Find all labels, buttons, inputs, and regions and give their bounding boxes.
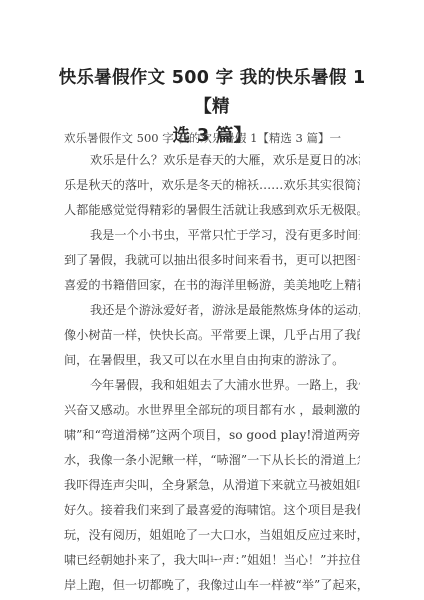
paragraph-line: 兴奋又感动。水世界里全部玩的项目都有水 ，最刺激的是“大海 <box>64 398 360 423</box>
paragraph-line: 我吓得连声尖叫，全身紧急，从滑道下来就立马被姐姐吐槽笑话了 <box>64 473 360 498</box>
document-body: 欢乐暑假作文 500 字 我的欢乐暑假 1【精选 3 篇】一 欢乐是什么？欢乐是… <box>64 128 360 598</box>
paragraph-line: 欢乐是什么？欢乐是春天的大雁，欢乐是夏日的冰淇淋，欢 <box>64 148 360 173</box>
title-line-1: 快乐暑假作文 500 字 我的快乐暑假 1【精 <box>56 64 368 122</box>
paragraph-line: 啸”和“弯道滑梯”这两个项目，so good play!滑道两旁始终在喷 <box>64 423 360 448</box>
paragraph-line: 到了暑假，我就可以抽出很多时间来看书，更可以把图书馆里自己 <box>64 248 360 273</box>
paragraph-line: 像小树苗一样，快快长高。平常要上课，几乎占用了我的大部分时 <box>64 323 360 348</box>
paragraph-line: 今年暑假，我和姐姐去了大浦水世界。一路上，我们心情既 <box>64 373 360 398</box>
paragraph-line: 我还是个游泳爱好者，游泳是最能熬炼身体的运动，能让我 <box>64 298 360 323</box>
document-page: 快乐暑假作文 500 字 我的快乐暑假 1【精 选 3 篇】 欢乐暑假作文 50… <box>0 0 424 600</box>
subtitle: 欢乐暑假作文 500 字 我的欢乐暑假 1【精选 3 篇】一 <box>64 128 360 148</box>
paragraph-line: 玩，没有阅历，姐姐呛了一大口水，当姐姐反应过来时，其次个海 <box>64 523 360 548</box>
paragraph-line: 人都能感觉觉得精彩的暑假生活就让我感到欢乐无极限。 <box>64 198 360 223</box>
paragraph-line: 水，我像一条小泥鳅一样，“哧溜”一下从长长的滑道上急速下降， <box>64 448 360 473</box>
paragraph-line: 乐是秋天的落叶，欢乐是冬天的棉袄……欢乐其实很简洁，每个 <box>64 173 360 198</box>
paragraph-line: 好久。接着我们来到了最喜爱的海啸馆。这个项目是我们第一次 <box>64 498 360 523</box>
paragraph-line: 间，在暑假里，我又可以在水里自由拘束的游泳了。 <box>64 348 360 373</box>
paragraph-line: 我是一个小书虫，平常只忙于学习，没有更多时间来看书， <box>64 223 360 248</box>
page-number: -1- <box>0 555 424 564</box>
paragraph-line: 岸上跑，但一切都晚了，我像过山车一样被“举”了起来，海啸如 <box>64 573 360 598</box>
paragraph-line: 喜爱的书籍借回家，在书的海洋里畅游，美美地吃上精神食粮了。 <box>64 273 360 298</box>
